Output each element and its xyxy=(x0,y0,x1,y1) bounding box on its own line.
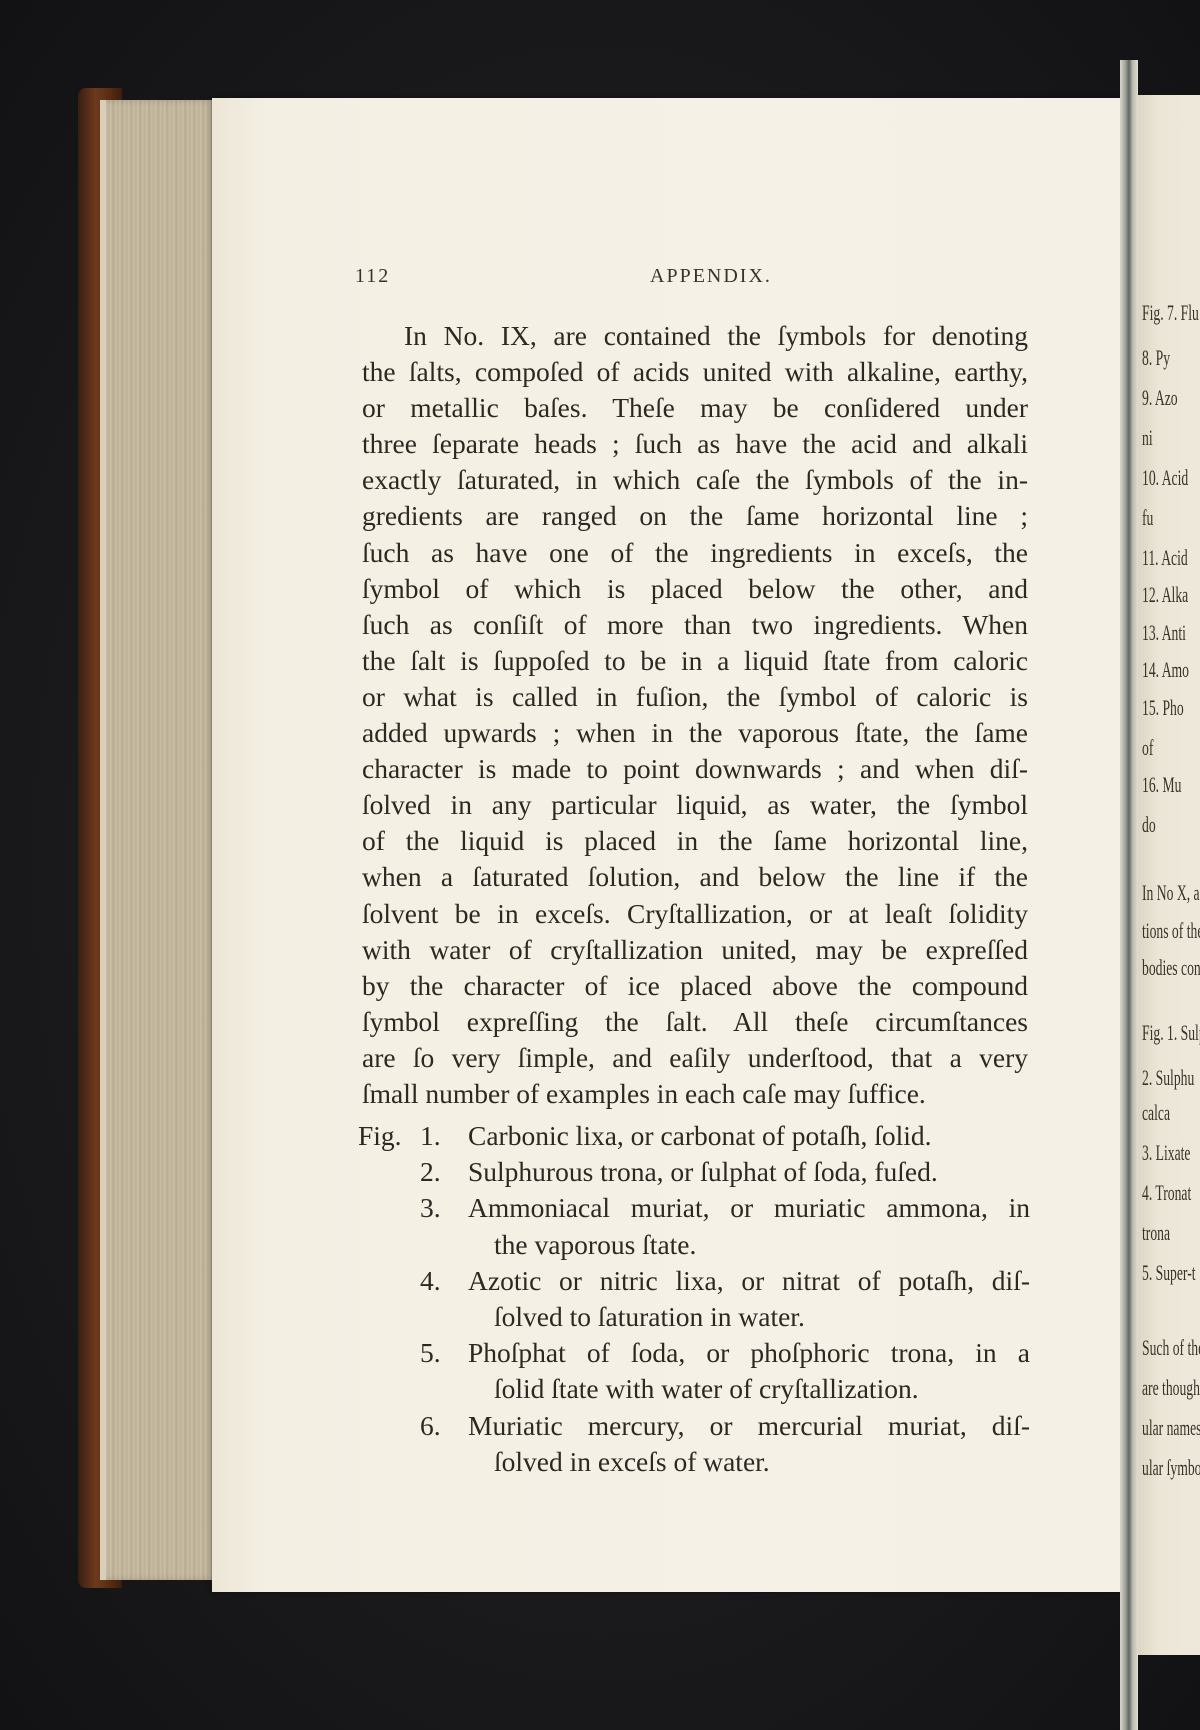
facing-text-fragment: 3. Lixate xyxy=(1142,1140,1190,1166)
figure-text: Phoſphat of ſoda, or phoſphoric trona, i… xyxy=(468,1335,1030,1371)
facing-text-fragment: fu xyxy=(1142,505,1153,531)
facing-text-fragment: 15. Pho xyxy=(1142,695,1184,721)
facing-text-fragment: Such of the xyxy=(1142,1335,1200,1361)
facing-text-fragment: trona xyxy=(1142,1220,1170,1246)
figure-text: ſolved to ſaturation in water. xyxy=(468,1299,1030,1335)
facing-text-fragment: In No X, a xyxy=(1142,880,1200,906)
figure-item: Fig.1.Carbonic lixa, or carbonat of pota… xyxy=(358,1118,1030,1154)
text-line: ſuch as have one of the ingredients in e… xyxy=(362,535,1028,571)
facing-text-fragment: bodies confide xyxy=(1142,955,1200,981)
text-line: ſymbol of which is placed below the othe… xyxy=(362,571,1028,607)
figure-item: 4.Azotic or nitric lixa, or nitrat of po… xyxy=(358,1263,1030,1335)
facing-text-fragment: 2. Sulphu xyxy=(1142,1065,1194,1091)
header-title: APPENDIX. xyxy=(650,265,772,288)
figure-text: Sulphurous trona, or ſulphat of ſoda, fu… xyxy=(468,1154,1030,1190)
figure-item: 3.Ammoniacal muriat, or muriatic ammona,… xyxy=(358,1190,1030,1262)
facing-text-fragment: tions of the a xyxy=(1142,918,1200,944)
text-line: ſmall number of examples in each caſe ma… xyxy=(362,1076,1028,1112)
figure-text: ſolid ſtate with water of cryſtallizatio… xyxy=(468,1371,1030,1407)
text-line: by the character of ice placed above the… xyxy=(362,968,1028,1004)
text-line: are ſo very ſimple, and eaſily underſtoo… xyxy=(362,1040,1028,1076)
figure-text: Muriatic mercury, or mercurial muriat, d… xyxy=(468,1408,1030,1444)
text-line: added upwards ; when in the vaporous ſta… xyxy=(362,715,1028,751)
figure-number: 4. xyxy=(420,1263,441,1299)
figure-item: 2.Sulphurous trona, or ſulphat of ſoda, … xyxy=(358,1154,1030,1190)
figure-text: ſolved in exceſs of water. xyxy=(468,1444,1030,1480)
facing-text-fragment: ni xyxy=(1142,425,1153,451)
facing-text-fragment: 14. Amo xyxy=(1142,657,1189,683)
text-line: with water of cryſtallization united, ma… xyxy=(362,932,1028,968)
figure-item: 5.Phoſphat of ſoda, or phoſphoric trona,… xyxy=(358,1335,1030,1407)
figure-text: the vaporous ſtate. xyxy=(468,1227,1030,1263)
facing-text-fragment: 5. Super-t xyxy=(1142,1260,1196,1286)
text-line: gredients are ranged on the ſame horizon… xyxy=(362,498,1028,534)
text-line: or what is called in fuſion, the ſymbol … xyxy=(362,679,1028,715)
facing-text-fragment: do xyxy=(1142,812,1156,838)
facing-text-fragment: ular names, f xyxy=(1142,1415,1200,1441)
facing-text-fragment: 4. Tronat xyxy=(1142,1180,1191,1206)
facing-text-fragment: Fig. 1. Sulphu xyxy=(1142,1020,1200,1046)
figure-number: 6. xyxy=(420,1408,441,1444)
running-head: 112 APPENDIX. xyxy=(355,265,1025,295)
facing-text-fragment: 16. Mu xyxy=(1142,772,1181,798)
text-line: character is made to point downwards ; a… xyxy=(362,751,1028,787)
text-line: In No. IX, are contained the ſymbols for… xyxy=(362,318,1028,354)
facing-text-fragment: of xyxy=(1142,735,1153,761)
page-fore-edge xyxy=(100,100,218,1580)
figure-text: Carbonic lixa, or carbonat of potaſh, ſo… xyxy=(468,1118,1030,1154)
text-line: three ſeparate heads ; ſuch as have the … xyxy=(362,426,1028,462)
facing-text-fragment: ular ſymbols r xyxy=(1142,1455,1200,1481)
fig-prefix: Fig. xyxy=(358,1118,402,1154)
text-line: ſymbol expreſſing the ſalt. All theſe ci… xyxy=(362,1004,1028,1040)
figure-text: Ammoniacal muriat, or muriatic ammona, i… xyxy=(468,1190,1030,1226)
facing-text-fragment: 8. Py xyxy=(1142,345,1170,371)
figure-number: 5. xyxy=(420,1335,441,1371)
text-line: ſuch as conſiſt of more than two ingredi… xyxy=(362,607,1028,643)
text-line: the ſalt is ſuppoſed to be in a liquid ſ… xyxy=(362,643,1028,679)
figure-item: 6.Muriatic mercury, or mercurial muriat,… xyxy=(358,1408,1030,1480)
text-line: or metallic baſes. Theſe may be conſider… xyxy=(362,390,1028,426)
facing-text-fragment: Fig. 7. Flu xyxy=(1142,300,1199,326)
text-line: the ſalts, compoſed of acids united with… xyxy=(362,354,1028,390)
facing-text-fragment: calca xyxy=(1142,1100,1170,1126)
text-line: of the liquid is placed in the ſame hori… xyxy=(362,823,1028,859)
page-number: 112 xyxy=(355,265,390,288)
figure-number: 2. xyxy=(420,1154,441,1190)
text-line: when a ſaturated ſolution, and below the… xyxy=(362,859,1028,895)
facing-text-fragment: 12. Alka xyxy=(1142,582,1188,608)
figure-number: 1. xyxy=(420,1118,441,1154)
text-line: exactly ſaturated, in which caſe the ſym… xyxy=(362,462,1028,498)
figure-number: 3. xyxy=(420,1190,441,1226)
facing-text-fragment: 11. Acid xyxy=(1142,545,1188,571)
text-line: ſolvent be in exceſs. Cryſtallization, o… xyxy=(362,896,1028,932)
figure-list: Fig.1.Carbonic lixa, or carbonat of pota… xyxy=(358,1118,1030,1480)
facing-text-fragment: are thought xyxy=(1142,1375,1200,1401)
facing-text-fragment: 10. Acid xyxy=(1142,465,1188,491)
facing-text-fragment: 9. Azo xyxy=(1142,385,1178,411)
body-paragraph: In No. IX, are contained the ſymbols for… xyxy=(362,318,1028,1112)
glass-plate-divider xyxy=(1120,60,1138,1730)
facing-page: Fig. 7. Flu8. Py9. Azoni10. Acidfu11. Ac… xyxy=(1138,95,1200,1655)
facing-text-fragment: 13. Anti xyxy=(1142,620,1186,646)
figure-text: Azotic or nitric lixa, or nitrat of pota… xyxy=(468,1263,1030,1299)
text-line: ſolved in any particular liquid, as wate… xyxy=(362,787,1028,823)
